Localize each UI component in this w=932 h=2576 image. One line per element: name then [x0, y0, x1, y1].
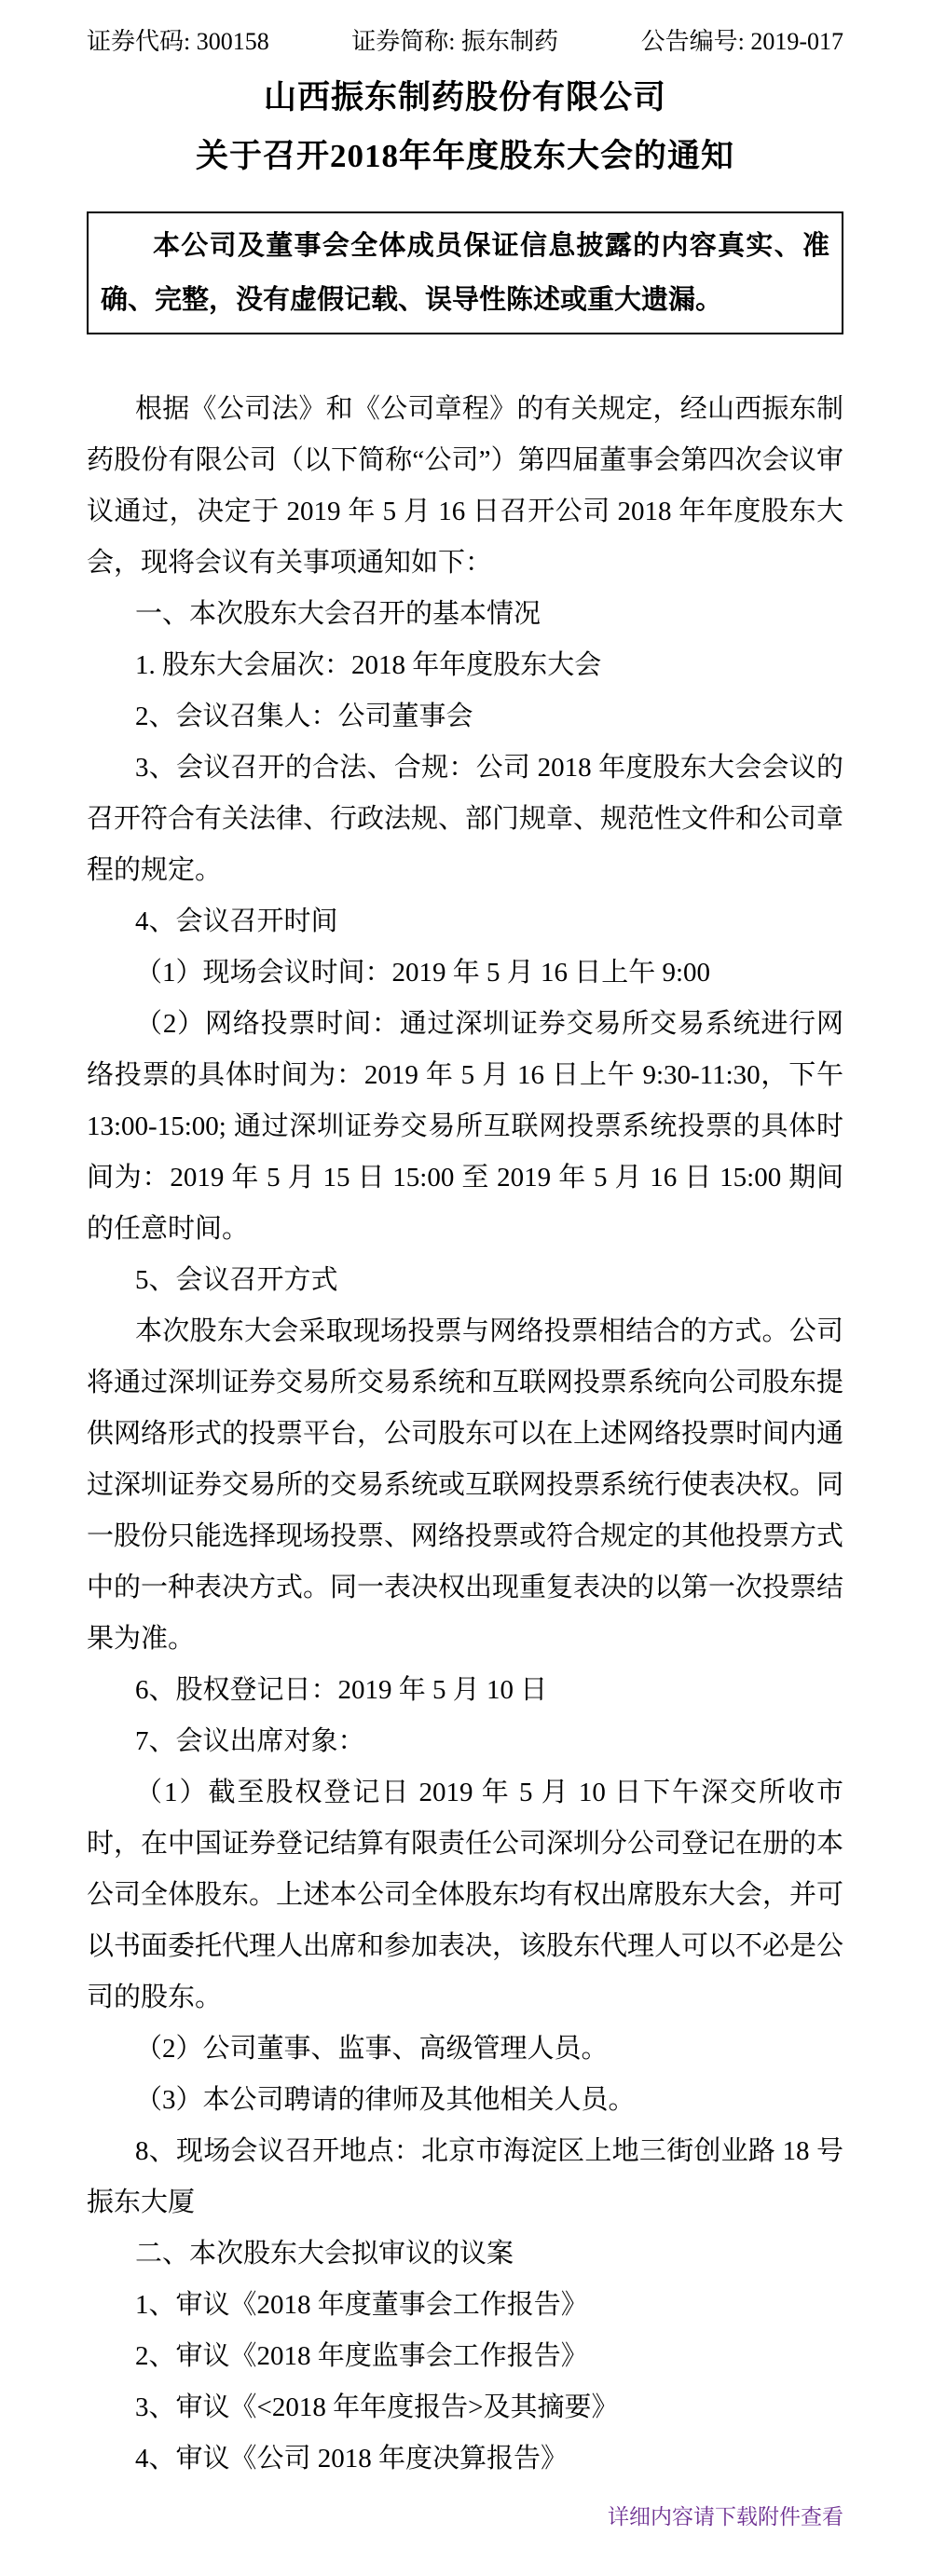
item-7-2-directors: （2）公司董事、监事、高级管理人员。 [87, 2024, 843, 2075]
item-4-2-online-vote-time: （2）网络投票时间：通过深圳证券交易所交易系统进行网络投票的具体时间为：2019… [87, 999, 843, 1255]
attachment-note[interactable]: 详细内容请下载附件查看 [87, 2496, 843, 2538]
item-7-3-lawyers: （3）本公司聘请的律师及其他相关人员。 [87, 2075, 843, 2126]
company-title: 山西振东制药股份有限公司 [87, 75, 843, 120]
item-3-legality: 3、会议召开的合法、合规：公司 2018 年度股东大会会议的召开符合有关法律、行… [87, 743, 843, 896]
stock-name: 证券简称: 振东制药 [351, 28, 558, 56]
item-7-1-shareholders: （1）截至股权登记日 2019 年 5 月 10 日下午深交所收市时，在中国证券… [87, 1767, 843, 2024]
stock-code: 证券代码: 300158 [87, 28, 269, 56]
notice-title: 关于召开2018年年度股东大会的通知 [87, 134, 843, 179]
document-page: 证券代码: 300158 证券简称: 振东制药 公告编号: 2019-017 山… [0, 0, 932, 2576]
section-2-heading: 二、本次股东大会拟审议的议案 [87, 2228, 843, 2280]
item-1-meeting-session: 1. 股东大会届次：2018 年年度股东大会 [87, 640, 843, 691]
item-7-attendees: 7、会议出席对象： [87, 1716, 843, 1767]
intro-paragraph: 根据《公司法》和《公司章程》的有关规定，经山西振东制药股份有限公司（以下简称“公… [87, 384, 843, 589]
proposal-4: 4、审议《公司 2018 年度决算报告》 [87, 2433, 843, 2485]
document-header: 证券代码: 300158 证券简称: 振东制药 公告编号: 2019-017 [87, 28, 843, 56]
item-8-venue: 8、现场会议召开地点：北京市海淀区上地三街创业路 18 号振东大厦 [87, 2126, 843, 2228]
disclaimer-box: 本公司及董事会全体成员保证信息披露的内容真实、准确、完整，没有虚假记载、误导性陈… [87, 211, 843, 334]
section-1-heading: 一、本次股东大会召开的基本情况 [87, 589, 843, 640]
document-body: 根据《公司法》和《公司章程》的有关规定，经山西振东制药股份有限公司（以下简称“公… [87, 384, 843, 2485]
item-5-method-detail: 本次股东大会采取现场投票与网络投票相结合的方式。公司将通过深圳证券交易所交易系统… [87, 1306, 843, 1665]
proposal-3: 3、审议《<2018 年年度报告>及其摘要》 [87, 2382, 843, 2433]
item-2-convener: 2、会议召集人：公司董事会 [87, 691, 843, 743]
item-4-meeting-time: 4、会议召开时间 [87, 896, 843, 947]
item-5-meeting-method: 5、会议召开方式 [87, 1255, 843, 1306]
item-6-record-date: 6、股权登记日：2019 年 5 月 10 日 [87, 1665, 843, 1716]
proposal-1: 1、审议《2018 年度董事会工作报告》 [87, 2280, 843, 2331]
announcement-number: 公告编号: 2019-017 [641, 28, 843, 56]
item-4-1-onsite-time: （1）现场会议时间：2019 年 5 月 16 日上午 9:00 [87, 947, 843, 999]
proposal-2: 2、审议《2018 年度监事会工作报告》 [87, 2331, 843, 2382]
